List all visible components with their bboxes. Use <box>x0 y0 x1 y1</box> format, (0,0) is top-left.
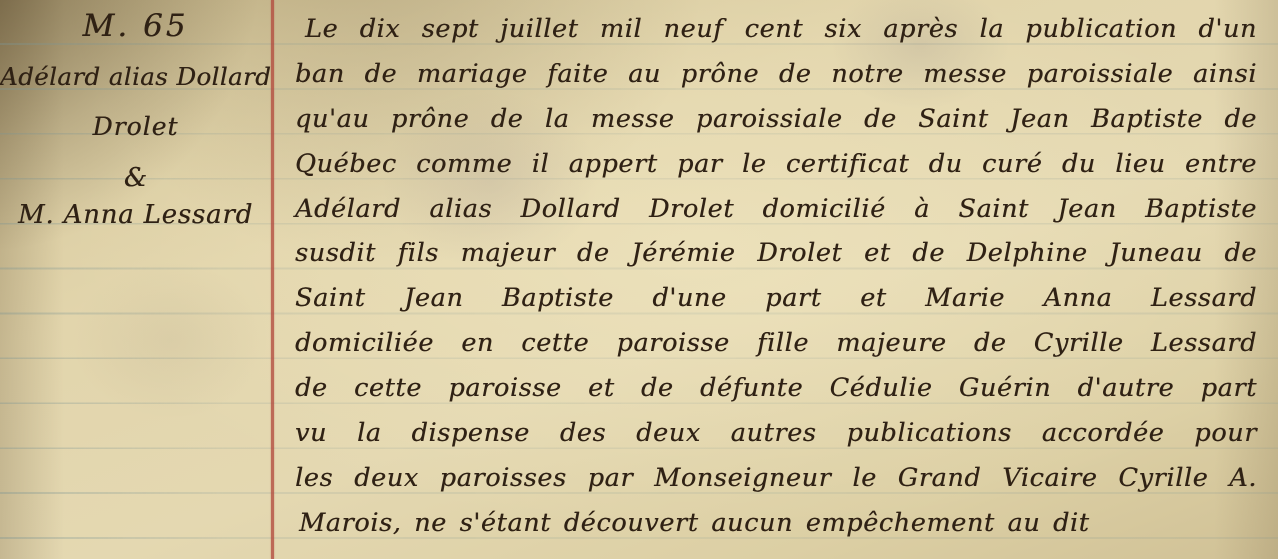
record-line: qu'au prône de la messe paroissiale de S… <box>295 97 1257 142</box>
margin-annotation: M. 65 Adélard alias Dollard Drolet & M. … <box>0 0 271 559</box>
ampersand-separator: & <box>0 163 271 193</box>
register-page: M. 65 Adélard alias Dollard Drolet & M. … <box>0 0 1278 559</box>
record-line: Saint Jean Baptiste d'une part et Marie … <box>295 276 1257 321</box>
record-line: susdit fils majeur de Jérémie Drolet et … <box>295 231 1257 276</box>
groom-name-line-1: Adélard alias Dollard <box>0 62 271 91</box>
record-line: de cette paroisse et de défunte Cédulie … <box>295 366 1257 411</box>
record-line: Le dix sept juillet mil neuf cent six ap… <box>295 7 1257 52</box>
record-line: vu la dispense des deux autres publicati… <box>295 411 1257 456</box>
record-line: Adélard alias Dollard Drolet domicilié à… <box>295 187 1257 232</box>
entry-number: M. 65 <box>0 8 271 44</box>
record-line: les deux paroisses par Monseigneur le Gr… <box>295 456 1257 501</box>
red-margin-rule <box>271 0 274 559</box>
bride-name: M. Anna Lessard <box>0 200 271 230</box>
groom-name-line-2: Drolet <box>0 112 271 141</box>
record-text: Le dix sept juillet mil neuf cent six ap… <box>295 7 1257 546</box>
record-line: Marois, ne s'étant découvert aucun empêc… <box>295 501 1257 546</box>
record-line: domiciliée en cette paroisse fille majeu… <box>295 321 1257 366</box>
record-line: ban de mariage faite au prône de notre m… <box>295 52 1257 97</box>
record-line: Québec comme il appert par le certificat… <box>295 142 1257 187</box>
